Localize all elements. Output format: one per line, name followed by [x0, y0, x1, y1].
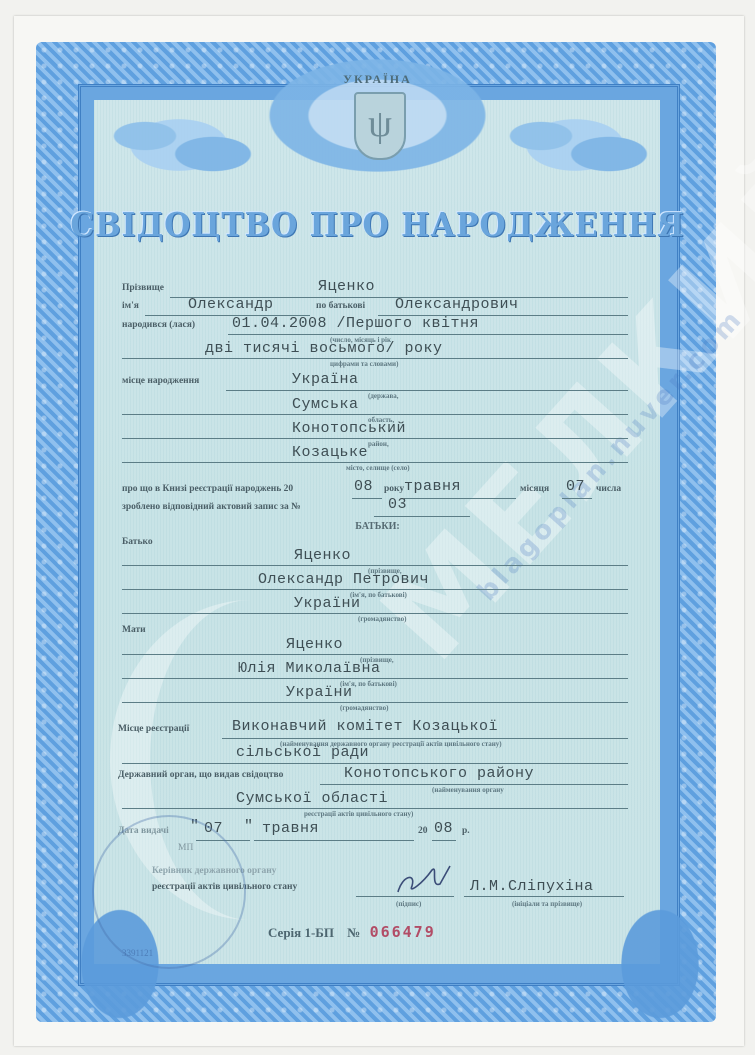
record-year-line — [352, 498, 382, 499]
father-citizenship: України — [294, 595, 361, 612]
birthplace-region: Сумська — [292, 396, 359, 413]
birthplace-region-line — [122, 414, 628, 415]
birthplace-country-line — [226, 390, 628, 391]
issue-year-line — [432, 840, 456, 841]
surname-value: Яценко — [318, 278, 375, 295]
record-number: 03 — [388, 496, 407, 513]
born-line-1 — [228, 334, 628, 335]
head-name-hint: (ініціали та прізвище) — [512, 900, 582, 908]
registration-place-1: Виконавчий комітет Козацької — [232, 718, 498, 735]
birthplace-country: Україна — [292, 371, 359, 388]
father-citizenship-line — [122, 613, 628, 614]
mother-citizenship: України — [286, 684, 353, 701]
issuer-line-2 — [122, 808, 628, 809]
registration-place-line-2 — [122, 763, 628, 764]
born-hint-2: цифрами та словами) — [330, 360, 398, 368]
stamp-code: 3391121 — [122, 948, 153, 958]
record-day-line — [562, 498, 592, 499]
born-line-2 — [122, 358, 628, 359]
record-month-line — [404, 498, 516, 499]
issuer-label: Державний орган, що видав свідоцтво — [118, 770, 283, 780]
country-name: УКРАЇНА — [0, 72, 755, 87]
registration-place-label: Місце реєстрації — [118, 724, 189, 734]
born-date-value: 01.04.2008 /Першого квітня — [232, 315, 479, 332]
head-name: Л.М.Сліпухіна — [470, 878, 594, 895]
birthplace-district-line — [122, 438, 628, 439]
trident-icon: ψ — [354, 92, 406, 160]
record-text-4: числа — [596, 484, 621, 494]
record-text-2: року — [384, 484, 404, 494]
mother-label: Мати — [122, 625, 146, 635]
registration-place-line-1 — [222, 738, 628, 739]
name-value: Олександр — [188, 296, 274, 313]
name-label: ім'я — [122, 301, 139, 311]
father-name: Олександр Петрович — [258, 571, 429, 588]
father-surname-line — [122, 565, 628, 566]
issuer-1: Конотопського району — [344, 765, 534, 782]
birthplace-label: місце народження — [122, 376, 199, 386]
signature-hint: (підпис) — [396, 900, 421, 908]
born-label: народився (лася) — [122, 320, 195, 330]
mother-citizenship-line — [122, 702, 628, 703]
record-day: 07 — [566, 478, 585, 495]
floral-ornament-top-left — [94, 100, 264, 190]
surname-label: Прізвище — [122, 283, 164, 293]
birthplace-country-hint: (держава, — [368, 392, 398, 400]
patronymic-label: по батькові — [316, 301, 365, 311]
record-number-line — [374, 516, 470, 517]
issuer-2: Сумської області — [236, 790, 388, 807]
father-label: Батько — [122, 537, 153, 547]
serial-number: 066479 — [370, 923, 436, 941]
father-name-line — [122, 589, 628, 590]
floral-ornament-top-right — [490, 100, 660, 190]
official-stamp — [92, 815, 246, 969]
head-name-line — [464, 896, 624, 897]
record-month: травня — [404, 478, 461, 495]
record-text-3: місяця — [520, 484, 549, 494]
birthplace-locality-line — [122, 462, 628, 463]
swan-ornament-right — [600, 880, 720, 1020]
issuer-hint-1: (найменування органу — [432, 786, 504, 794]
record-year: 08 — [354, 478, 373, 495]
record-text-5: зроблено відповідний актовий запис за № — [122, 502, 301, 512]
issue-quote-close: " — [244, 818, 254, 835]
birthplace-locality-hint: місто, селище (село) — [346, 464, 410, 472]
mother-name-line — [122, 678, 628, 679]
signature-scribble — [392, 862, 452, 898]
issuer-hint-2: реєстрації актів цивільного стану) — [304, 810, 413, 818]
issue-year: 08 — [434, 820, 453, 837]
birthplace-locality: Козацьке — [292, 444, 368, 461]
mother-citizenship-hint: (громадянство) — [340, 704, 388, 712]
issue-month-line — [254, 840, 414, 841]
issue-year-prefix: 20 — [418, 826, 428, 836]
document-title: СВІДОЦТВО ПРО НАРОДЖЕННЯ — [0, 206, 755, 245]
mother-surname: Яценко — [286, 636, 343, 653]
number-sign: № — [347, 925, 360, 940]
issuer-line-1 — [320, 784, 628, 785]
father-surname: Яценко — [294, 547, 351, 564]
parents-heading: БАТЬКИ: — [0, 521, 755, 532]
issue-month: травня — [262, 820, 319, 837]
birthplace-district: Конотопський — [292, 420, 406, 437]
birthplace-district-hint: район, — [368, 440, 389, 448]
father-citizenship-hint: (громадянство) — [358, 615, 406, 623]
born-words-value: дві тисячі восьмого/ року — [205, 340, 443, 357]
record-text-1: про що в Книзі реєстрації народжень 20 — [122, 484, 293, 494]
mother-name: Юлія Миколаївна — [238, 660, 381, 677]
series-label: Серія 1-БП — [268, 925, 334, 940]
registration-place-2: сільської ради — [236, 744, 369, 761]
mother-surname-line — [122, 654, 628, 655]
issue-year-suffix: р. — [462, 826, 470, 836]
series-number: Серія 1-БП № 066479 — [268, 923, 436, 941]
patronymic-value: Олександрович — [395, 296, 519, 313]
